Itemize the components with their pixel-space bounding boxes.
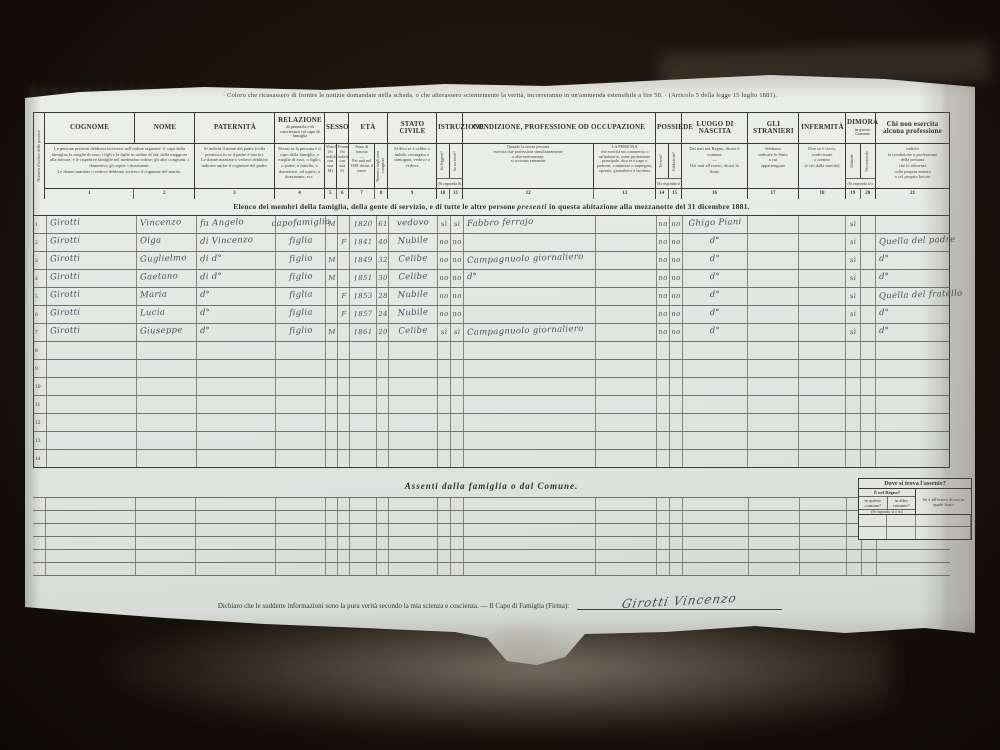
- handwritten-entry-relazione: figlio: [289, 272, 313, 283]
- column-footnote-possiede: (Si risponda sì o no): [656, 178, 681, 188]
- cell-abituale: sì: [846, 324, 861, 341]
- table-row: 7GirottiGiusepped°figlioM186120Celibesìs…: [33, 324, 950, 342]
- cell-maschio: M: [326, 324, 338, 341]
- cell-terreni: [657, 414, 670, 431]
- cell-maschio: [326, 360, 338, 377]
- cell-infermita: [799, 414, 846, 431]
- cell-anno-nascita: [350, 450, 377, 467]
- cell-occasionale: [861, 216, 876, 233]
- cell-la-persona: [596, 360, 657, 377]
- handwritten-entry-stato-civile: Nubile: [398, 289, 429, 300]
- cell-cognome: [47, 342, 137, 359]
- cell-fabbricati: [670, 432, 683, 449]
- cell-chi-non-esercita: d°: [876, 270, 949, 287]
- cell-stranieri: [748, 396, 799, 413]
- cell-infermita: [799, 234, 846, 251]
- cell-sa-scrivere: [451, 432, 464, 449]
- absent-cell-sa-scrivere: [451, 550, 464, 562]
- cell-infermita: [799, 306, 846, 323]
- column-group-infermita: INFERMITÀDire se è cieco, sordo-muto o c…: [799, 113, 846, 199]
- cell-professione: [464, 234, 596, 251]
- cell-luogo-nascita: [683, 342, 749, 359]
- absent-table-row: [33, 511, 950, 524]
- absent-cell-professione: [464, 537, 596, 549]
- column-title-dimora: DIMORAin questo Comune: [846, 113, 879, 143]
- cell-fabbricati: no: [670, 216, 683, 233]
- cell-cognome: [47, 378, 137, 395]
- table-row: 4GirottiGaetanodi d°figlioM185130Celiben…: [33, 270, 950, 288]
- cell-la-persona: [596, 378, 657, 395]
- cell-maschio: [326, 432, 338, 449]
- absent-cell-sa-scrivere: [451, 511, 464, 523]
- table-row: 14: [33, 450, 950, 468]
- absent-cell-chi-non-esercita: [877, 550, 950, 562]
- cell-femmina: [338, 216, 350, 233]
- cell-relazione: [276, 378, 326, 395]
- cell-stranieri: [748, 252, 799, 269]
- cell-sa-scrivere: no: [451, 306, 464, 323]
- cell-anno-nascita: [350, 396, 377, 413]
- cell-anni-compiuti: 61: [377, 216, 389, 233]
- cell-sa-scrivere: [451, 450, 464, 467]
- cell-relazione: figlio: [276, 270, 326, 287]
- whereabouts-empty-rows: [859, 515, 971, 539]
- column-note-area-relazione: Dicasi se la persona è il capo della fam…: [275, 144, 324, 188]
- handwritten-entry-abituale: sì: [850, 310, 857, 318]
- absent-row-number-cell: [33, 550, 46, 562]
- handwritten-entry-paternita: di d°: [199, 254, 221, 265]
- whereabouts-respond-label: (Si risponda: sì o no): [859, 509, 915, 514]
- cell-infermita: [799, 450, 846, 467]
- absent-cell-maschio: [326, 537, 338, 549]
- absent-cell-sa-leggere: [438, 563, 451, 575]
- handwritten-entry-paternita: d°: [199, 326, 210, 336]
- column-group-dimora: DIMORAin questo ComuneAbitualeOccasional…: [846, 113, 876, 199]
- absent-cell-maschio: [326, 550, 338, 562]
- cell-nome: Vincenzo: [137, 216, 197, 233]
- absent-cell-occasionale: [862, 550, 877, 562]
- column-numero-persone: Numero d'ordine delle persone: [34, 113, 45, 199]
- handwritten-entry-nome: Olga: [140, 236, 162, 247]
- handwritten-entry-anni-compiuti: 20: [378, 328, 388, 336]
- table-row: 5GirottiMariad°figliaF185328Nubilenonono…: [33, 288, 950, 306]
- cell-infermita: [799, 324, 846, 341]
- column-note-maschio: Maschio (Si indichi con una M): [325, 144, 337, 188]
- cell-anno-nascita: [350, 378, 377, 395]
- cell-sa-scrivere: [451, 342, 464, 359]
- table-row: 6GirottiLuciad°figliaF185724Nubilenonono…: [33, 306, 950, 324]
- cell-stato-civile: Celibe: [389, 324, 438, 341]
- cell-paternita: [197, 342, 277, 359]
- absent-cell-sa-scrivere: [451, 537, 464, 549]
- cell-anni-compiuti: [377, 432, 389, 449]
- cell-sa-scrivere: [451, 414, 464, 431]
- column-numbers-stranieri: 17: [748, 188, 798, 199]
- handwritten-entry-relazione: capofamiglia: [271, 217, 330, 229]
- handwritten-entry-sa-leggere: no: [439, 238, 449, 246]
- handwritten-entry-paternita: di Vincenzo: [199, 235, 253, 247]
- cell-occasionale: [861, 432, 876, 449]
- cell-femmina: F: [338, 306, 350, 323]
- column-footnote-dimora: (Si risponda sì o no): [846, 178, 875, 188]
- cell-la-persona: [596, 216, 657, 233]
- column-number-8: 8: [375, 189, 387, 199]
- absent-cell-anno-nascita: [350, 537, 377, 549]
- absent-row-number-cell: [33, 498, 46, 510]
- cell-relazione: [276, 432, 326, 449]
- absent-cell-relazione: [276, 537, 326, 549]
- handwritten-entry-abituale: sì: [850, 220, 857, 228]
- absent-cell-stranieri: [749, 511, 800, 523]
- absent-table-row: [33, 498, 950, 511]
- cell-femmina: [338, 342, 350, 359]
- cell-maschio: M: [326, 270, 338, 287]
- column-note-area-infermita: Dire se è cieco, sordo-muto o cretino (e…: [799, 144, 845, 188]
- cell-occasionale: [861, 234, 876, 251]
- cell-la-persona: [596, 252, 657, 269]
- cell-professione: [464, 378, 596, 395]
- cell-la-persona: [596, 288, 657, 305]
- photo-background: · Coloro che ricusassero di fornire le n…: [0, 0, 1000, 750]
- handwritten-entry-cognome: Girotti: [50, 271, 81, 282]
- handwritten-entry-chi-non-esercita: Quella del padre: [879, 235, 956, 248]
- column-number-7: 7: [349, 189, 375, 199]
- column-number-5: 5: [325, 189, 337, 199]
- column-numbers-possiede: 1415: [656, 188, 681, 199]
- cell-anno-nascita: [350, 342, 377, 359]
- absent-cell-anni-compiuti: [377, 550, 389, 562]
- absent-cell-anni-compiuti: [377, 511, 389, 523]
- handwritten-entry-sa-scrivere: no: [452, 274, 462, 282]
- cell-relazione: figlio: [276, 324, 326, 341]
- present-list-title-pre: Elenco dei membri della famiglia, della …: [233, 202, 517, 211]
- whereabouts-title: Dove si trova l'assente?: [859, 479, 971, 489]
- column-title-nome: NOME: [135, 113, 195, 143]
- absent-cell-sa-leggere: [438, 524, 451, 536]
- whereabouts-this-commune-label: in questo comune?: [859, 497, 888, 509]
- cell-paternita: [197, 414, 277, 431]
- handwritten-entry-abituale: sì: [850, 292, 857, 300]
- handwritten-entry-cognome: Girotti: [50, 325, 81, 336]
- cell-stato-civile: Celibe: [389, 270, 438, 287]
- cell-fabbricati: [670, 414, 683, 431]
- handwritten-entry-professione: Campagnuolo giornaliero: [467, 252, 584, 266]
- handwritten-entry-sa-leggere: no: [439, 274, 449, 282]
- column-note-anno-nascita: Anno di nascita — Pei nati nel 1881 dica…: [349, 144, 375, 188]
- column-numbers-infermita: 18: [799, 188, 845, 199]
- handwritten-entry-cognome: Girotti: [50, 217, 81, 228]
- cell-stranieri: [748, 306, 799, 323]
- handwritten-entry-relazione: figlia: [289, 236, 313, 247]
- cell-paternita: di Vincenzo: [197, 234, 277, 251]
- handwritten-entry-anno-nascita: 1820: [354, 220, 373, 229]
- absent-cell-sa-scrivere: [451, 563, 464, 575]
- column-note-area-stranieri: debbono indicare lo Stato a cui apparten…: [748, 144, 798, 188]
- cell-relazione: [276, 342, 326, 359]
- handwritten-entry-luogo-nascita: d°: [710, 308, 721, 318]
- handwritten-entry-anno-nascita: 1857: [354, 310, 373, 319]
- column-note-area-luogo-nascita: Dei nati nel Regno, dicasi il comune — D…: [682, 144, 747, 188]
- cell-anno-nascita: 1841: [350, 234, 377, 251]
- present-list-title-emphasis: presenti: [517, 202, 547, 211]
- handwritten-entry-cognome: Girotti: [50, 253, 81, 264]
- column-number-2: 2: [134, 189, 194, 199]
- absent-cell-luogo-nascita: [683, 563, 749, 575]
- cell-abituale: sì: [846, 252, 861, 269]
- cell-relazione: figlia: [276, 306, 326, 323]
- absent-cell-femmina: [338, 498, 350, 510]
- cell-luogo-nascita: [683, 450, 749, 467]
- absent-cell-luogo-nascita: [683, 537, 749, 549]
- cell-stato-civile: [389, 450, 438, 467]
- handwritten-entry-sa-scrivere: no: [452, 256, 462, 264]
- table-row: 11: [33, 396, 950, 414]
- cell-la-persona: [596, 234, 657, 251]
- absent-cell-stato-civile: [389, 537, 438, 549]
- absent-cell-anno-nascita: [350, 550, 377, 562]
- cell-nome: [137, 378, 197, 395]
- column-note-stato-civile: Si dica se è celibe o nubile, coniugato …: [388, 144, 436, 188]
- cell-infermita: [799, 432, 846, 449]
- cell-professione: [464, 396, 596, 413]
- column-note-area-dimora: AbitualeOccasionale: [846, 144, 875, 178]
- cell-stato-civile: [389, 396, 438, 413]
- handwritten-entry-luogo-nascita: d°: [710, 254, 721, 264]
- row-number: 2: [34, 234, 47, 251]
- absent-cell-nome: [136, 498, 196, 510]
- handwritten-entry-chi-non-esercita: d°: [879, 326, 890, 336]
- cell-maschio: [326, 414, 338, 431]
- cell-chi-non-esercita: Quella del fratello: [876, 288, 949, 305]
- absent-cell-stato-civile: [389, 563, 438, 575]
- cell-anni-compiuti: [377, 378, 389, 395]
- handwritten-entry-professione: d°: [467, 272, 478, 282]
- handwritten-entry-relazione: figlio: [289, 254, 313, 265]
- cell-luogo-nascita: [683, 378, 749, 395]
- handwritten-entry-anni-compiuti: 28: [378, 292, 388, 300]
- column-numbers-istruzione: 1011: [437, 188, 462, 199]
- cell-fabbricati: [670, 396, 683, 413]
- handwritten-entry-anni-compiuti: 24: [378, 310, 388, 318]
- cell-stranieri: [748, 450, 799, 467]
- column-subtitle-relazione: di parentela e di convivenza col capo di…: [276, 125, 324, 139]
- absent-cell-anno-nascita: [350, 498, 377, 510]
- column-number-1: 1: [45, 189, 134, 199]
- column-note-femmina: Femmina (Si indichi con una F): [337, 144, 348, 188]
- cell-relazione: capofamiglia: [276, 216, 326, 233]
- absent-cell-anni-compiuti: [377, 498, 389, 510]
- absent-cell-cognome: [46, 524, 136, 536]
- cell-infermita: [799, 378, 846, 395]
- absent-cell-stranieri: [749, 550, 800, 562]
- handwritten-entry-sa-leggere: no: [439, 256, 449, 264]
- absent-cell-femmina: [338, 563, 350, 575]
- cell-luogo-nascita: [683, 432, 749, 449]
- column-title-row-sesso: SESSO: [325, 113, 348, 144]
- signature-line: Girotti Vincenzo: [577, 594, 782, 610]
- absent-row-number-cell: [33, 537, 46, 549]
- cell-professione: [464, 306, 596, 323]
- absent-table-row: [33, 524, 950, 537]
- column-note-sa-scrivere: Sa scrivere?: [450, 144, 462, 178]
- column-title-infermita: INFERMITÀ: [799, 113, 846, 143]
- handwritten-entry-nome: Lucia: [140, 308, 166, 319]
- absent-cell-cognome: [46, 563, 136, 575]
- column-subtitle-dimora: in questo Comune: [847, 128, 878, 137]
- column-note-stranieri: debbono indicare lo Stato a cui apparten…: [748, 144, 798, 188]
- cell-occasionale: [861, 360, 876, 377]
- absent-cell-nome: [136, 550, 196, 562]
- cell-chi-non-esercita: d°: [876, 324, 949, 341]
- cell-chi-non-esercita: [876, 450, 949, 467]
- handwritten-entry-fabbricati: no: [671, 238, 681, 246]
- column-number-18: 18: [799, 189, 845, 199]
- cell-sa-scrivere: no: [451, 234, 464, 251]
- handwritten-entry-cognome: Girotti: [50, 235, 81, 246]
- cell-chi-non-esercita: d°: [876, 252, 949, 269]
- handwritten-entry-fabbricati: no: [671, 274, 681, 282]
- handwritten-entry-paternita: d°: [199, 290, 210, 300]
- handwritten-entry-paternita: fu Angelo: [199, 217, 243, 229]
- cell-relazione: [276, 360, 326, 377]
- cell-stranieri: [748, 270, 799, 287]
- row-number: 14: [34, 450, 47, 467]
- cell-abituale: [846, 450, 861, 467]
- cell-professione: Fabbro ferrajo: [464, 216, 596, 233]
- absent-cell-maschio: [326, 524, 338, 536]
- cell-sa-scrivere: no: [451, 252, 464, 269]
- column-numbers-sesso: 56: [325, 188, 348, 199]
- cell-la-persona: [596, 414, 657, 431]
- cell-professione: d°: [464, 270, 596, 287]
- cell-occasionale: [861, 342, 876, 359]
- cell-sa-leggere: no: [438, 288, 451, 305]
- cell-terreni: no: [657, 306, 670, 323]
- column-title-luogo-nascita: LUOGO DI NASCITA: [682, 113, 748, 143]
- cell-fabbricati: no: [670, 288, 683, 305]
- absent-cell-luogo-nascita: [683, 524, 749, 536]
- absent-cell-la-persona: [596, 511, 657, 523]
- column-number-15: 15: [669, 189, 681, 199]
- handwritten-entry-fabbricati: no: [671, 292, 681, 300]
- cell-professione: [464, 360, 596, 377]
- cell-anni-compiuti: 30: [377, 270, 389, 287]
- cell-anno-nascita: 1853: [350, 288, 377, 305]
- row-number: 11: [34, 396, 47, 413]
- column-note-area-condizione: Quando la stessa persona esercita due pr…: [463, 144, 655, 188]
- cell-stranieri: [748, 414, 799, 431]
- column-note-area-istruzione: Sa leggere?Sa scrivere?: [437, 144, 462, 178]
- cell-terreni: [657, 378, 670, 395]
- handwritten-entry-professione: Fabbro ferrajo: [467, 217, 534, 229]
- absent-cell-professione: [464, 524, 596, 536]
- column-title-row-possiede: POSSIEDE: [656, 113, 681, 144]
- handwritten-entry-chi-non-esercita: d°: [879, 254, 890, 264]
- column-numbers-condizione: 1213: [463, 188, 655, 199]
- cell-stato-civile: [389, 360, 438, 377]
- cell-cognome: [47, 360, 137, 377]
- handwritten-entry-sa-scrivere: no: [452, 292, 462, 300]
- column-group-luogo-nascita: LUOGO DI NASCITADei nati nel Regno, dica…: [682, 113, 748, 199]
- column-title-condizione: CONDIZIONE, PROFESSIONE OD OCCUPAZIONE: [463, 113, 655, 143]
- cell-chi-non-esercita: [876, 432, 949, 449]
- cell-abituale: sì: [846, 234, 861, 251]
- column-note-luogo-nascita: Dei nati nel Regno, dicasi il comune — D…: [682, 144, 747, 188]
- declaration-text: Dichiaro che le suddette informazioni so…: [218, 602, 569, 610]
- column-number-11: 11: [450, 189, 462, 199]
- cell-cognome: Girotti: [47, 234, 137, 251]
- absent-cell-relazione: [276, 511, 326, 523]
- absent-cell-nome: [136, 563, 196, 575]
- cell-cognome: [47, 450, 137, 467]
- cell-cognome: Girotti: [47, 288, 137, 305]
- handwritten-entry-anno-nascita: 1853: [354, 292, 373, 301]
- handwritten-entry-luogo-nascita: d°: [710, 236, 721, 246]
- cell-maschio: [326, 288, 338, 305]
- handwritten-entry-relazione: figlia: [289, 290, 313, 301]
- cell-femmina: [338, 324, 350, 341]
- cell-abituale: sì: [846, 306, 861, 323]
- cell-relazione: [276, 450, 326, 467]
- handwritten-entry-femmina: F: [341, 310, 346, 318]
- cell-sa-leggere: [438, 360, 451, 377]
- table-row: 3GirottiGuglielmodi d°figlioM184932Celib…: [33, 252, 950, 270]
- cell-la-persona: [596, 306, 657, 323]
- column-title-row-dimora: DIMORAin questo Comune: [846, 113, 875, 144]
- cell-chi-non-esercita: [876, 360, 949, 377]
- table-row: 12: [33, 414, 950, 432]
- cell-professione: [464, 342, 596, 359]
- column-title-row-condizione: CONDIZIONE, PROFESSIONE OD OCCUPAZIONE: [463, 113, 655, 144]
- cell-anno-nascita: 1820: [350, 216, 377, 233]
- absent-cell-terreni: [657, 537, 670, 549]
- cell-relazione: figlia: [276, 234, 326, 251]
- cell-stato-civile: vedovo: [389, 216, 438, 233]
- absent-cell-stato-civile: [389, 550, 438, 562]
- handwritten-entry-sa-scrivere: sì: [454, 220, 461, 228]
- cell-abituale: [846, 396, 861, 413]
- column-title-row-istruzione: ISTRUZIONE: [437, 113, 462, 144]
- absent-cell-cognome: [46, 511, 136, 523]
- cell-stranieri: [748, 342, 799, 359]
- handwritten-entry-femmina: F: [341, 292, 346, 300]
- column-title-cognome: COGNOME: [45, 113, 135, 143]
- cell-fabbricati: [670, 360, 683, 377]
- cell-anno-nascita: 1857: [350, 306, 377, 323]
- cell-luogo-nascita: d°: [683, 288, 749, 305]
- handwritten-entry-terreni: no: [658, 310, 668, 318]
- cell-chi-non-esercita: [876, 378, 949, 395]
- absent-cell-maschio: [326, 563, 338, 575]
- cell-anno-nascita: 1849: [350, 252, 377, 269]
- handwritten-entry-anno-nascita: 1851: [354, 274, 373, 283]
- cell-sa-scrivere: sì: [451, 216, 464, 233]
- cell-infermita: [799, 252, 846, 269]
- cell-anni-compiuti: [377, 360, 389, 377]
- present-list-title-post: in questa abitazione alla mezzanotte del…: [547, 202, 750, 211]
- cell-infermita: [799, 216, 846, 233]
- cell-anni-compiuti: [377, 396, 389, 413]
- column-note-fabbricati: Fabbricati?: [669, 144, 681, 178]
- column-title-row-stato-civile: STATO CIVILE: [388, 113, 436, 144]
- cell-luogo-nascita: Ghigo Piani: [683, 216, 749, 233]
- handwritten-entry-sa-leggere: sì: [441, 220, 448, 228]
- cell-sa-leggere: sì: [438, 324, 451, 341]
- cell-anno-nascita: 1861: [350, 324, 377, 341]
- absent-cell-relazione: [276, 498, 326, 510]
- cell-anni-compiuti: 28: [377, 288, 389, 305]
- cell-professione: [464, 288, 596, 305]
